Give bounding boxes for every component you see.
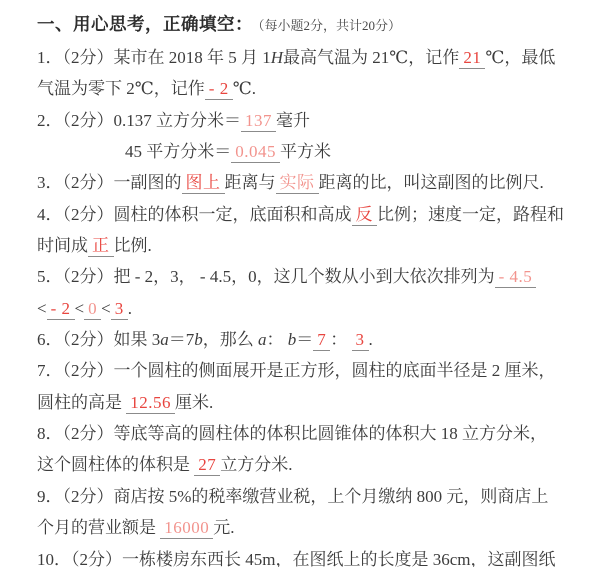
- text-run: 2．（2分）0.137 立方分米＝: [37, 111, 241, 130]
- worksheet-page: 一、用心思考，正确填空：（每小题2分，共计20分） 1．（2分）某市在 2018…: [0, 0, 597, 567]
- q2-line1: 2．（2分）0.137 立方分米＝137毫升: [37, 105, 591, 136]
- italic-variable: a: [160, 330, 169, 349]
- text-run: 厘米.: [175, 393, 213, 412]
- answer-blank: 实际: [276, 173, 319, 194]
- text-run: 10．（2分）一栋楼房东西长 45m，在图纸上的长度是 36cm，这副图纸: [37, 550, 556, 567]
- answer-blank: 正: [88, 236, 114, 257]
- text-run: ＝7: [169, 330, 195, 349]
- text-run: 9．（2分）商店按 5%的税率缴营业税，上个月缴纳 800 元，则商店上: [37, 487, 548, 506]
- text-run: ：: [267, 330, 288, 349]
- q7-line2: 圆柱的高是 12.56厘米.: [37, 387, 591, 418]
- q1-line2: 气温为零下 2℃，记作- 2℃.: [37, 73, 591, 104]
- text-run: <: [75, 299, 85, 318]
- q3-line1: 3．（2分）一副图的图上距离与实际距离的比，叫这副图的比例尺.: [37, 167, 591, 198]
- answer-blank: - 4.5: [495, 267, 537, 288]
- text-run: 时间成: [37, 236, 88, 255]
- answer-blank: 16000: [160, 518, 213, 539]
- text-run: 8．（2分）等底等高的圆柱体的体积比圆锥体的体积大 18 立方分米，: [37, 424, 547, 443]
- text-run: 距离的比，叫这副图的比例尺.: [319, 173, 544, 192]
- answer-blank: 12.56: [126, 393, 175, 414]
- text-run: 距离与: [225, 173, 276, 192]
- italic-variable: b: [194, 330, 203, 349]
- text-run: 5．（2分）把 - 2，3， - 4.5，0，这几个数从小到大依次排列为: [37, 267, 495, 286]
- q5-line1: 5．（2分）把 - 2，3， - 4.5，0，这几个数从小到大依次排列为- 4.…: [37, 261, 591, 292]
- answer-blank: 反: [352, 205, 378, 226]
- text-run: ＝: [296, 330, 313, 349]
- q9-line2: 个月的营业额是 16000元.: [37, 512, 591, 543]
- answer-blank: - 2: [47, 299, 75, 320]
- q2-line2: 45 平方分米＝0.045平方米: [37, 136, 591, 167]
- text-run: ，那么: [203, 330, 258, 349]
- text-run: 6．（2分）如果 3: [37, 330, 160, 349]
- q10-line1: 10．（2分）一栋楼房东西长 45m，在图纸上的长度是 36cm，这副图纸: [37, 544, 591, 567]
- answer-blank: 0: [84, 299, 101, 320]
- q7-line1: 7．（2分）一个圆柱的侧面展开是正方形，圆柱的底面半径是 2 厘米，: [37, 355, 591, 386]
- text-run: 这个圆柱体的体积是: [37, 455, 194, 474]
- text-run: 1．（2分）某市在 2018 年 5 月 1: [37, 48, 271, 67]
- text-run: 平方米: [280, 142, 331, 161]
- text-run: 比例.: [114, 236, 152, 255]
- q8-line2: 这个圆柱体的体积是 27立方分米.: [37, 449, 591, 480]
- text-run: 圆柱的高是: [37, 393, 126, 412]
- q5-line2: <- 2<0<3.: [37, 293, 591, 324]
- section-header: 一、用心思考，正确填空：（每小题2分，共计20分）: [37, 6, 591, 42]
- text-run: 4．（2分）圆柱的体积一定，底面积和高成: [37, 205, 352, 224]
- text-run: 3．（2分）一副图的: [37, 173, 182, 192]
- italic-variable: b: [288, 330, 297, 349]
- text-run: .: [128, 299, 132, 318]
- text-run: ：: [330, 330, 351, 349]
- answer-blank: - 2: [205, 79, 233, 100]
- text-run: 比例；速度一定，路程和: [377, 205, 564, 224]
- q8-line1: 8．（2分）等底等高的圆柱体的体积比圆锥体的体积大 18 立方分米，: [37, 418, 591, 449]
- text-run: 立方分米.: [220, 455, 292, 474]
- text-run: ℃，最低: [485, 48, 555, 67]
- answer-blank: 0.045: [231, 142, 280, 163]
- italic-variable: a: [258, 330, 267, 349]
- answer-blank: 图上: [182, 173, 225, 194]
- question-lines: 1．（2分）某市在 2018 年 5 月 1H最高气温为 21℃，记作21℃，最…: [37, 42, 591, 567]
- q1-line1: 1．（2分）某市在 2018 年 5 月 1H最高气温为 21℃，记作21℃，最…: [37, 42, 591, 73]
- q4-line1: 4．（2分）圆柱的体积一定，底面积和高成反比例；速度一定，路程和: [37, 199, 591, 230]
- text-run: 最高气温为 21℃，记作: [283, 48, 459, 67]
- q9-line1: 9．（2分）商店按 5%的税率缴营业税，上个月缴纳 800 元，则商店上: [37, 481, 591, 512]
- text-run: .: [369, 330, 373, 349]
- text-run: 7．（2分）一个圆柱的侧面展开是正方形，圆柱的底面半径是 2 厘米，: [37, 361, 556, 380]
- text-run: <: [37, 299, 47, 318]
- text-run: 45 平方分米＝: [125, 142, 231, 161]
- text-run: <: [101, 299, 111, 318]
- text-run: 气温为零下 2℃，记作: [37, 79, 205, 98]
- answer-blank: 3: [111, 299, 128, 320]
- answer-blank: 7: [313, 330, 330, 351]
- answer-blank: 3: [352, 330, 369, 351]
- answer-blank: 27: [194, 455, 220, 476]
- q6-line1: 6．（2分）如果 3a＝7b，那么 a： b＝7： 3.: [37, 324, 591, 355]
- section-title: 一、用心思考，正确填空：: [37, 14, 253, 34]
- text-run: 毫升: [276, 111, 310, 130]
- italic-variable: H: [271, 48, 283, 67]
- text-run: 个月的营业额是: [37, 518, 160, 537]
- text-run: ℃.: [233, 79, 256, 98]
- answer-blank: 137: [241, 111, 276, 132]
- text-run: 元.: [213, 518, 234, 537]
- q4-line2: 时间成正比例.: [37, 230, 591, 261]
- answer-blank: 21: [459, 48, 485, 69]
- section-points-note: （每小题2分，共计20分）: [258, 18, 401, 33]
